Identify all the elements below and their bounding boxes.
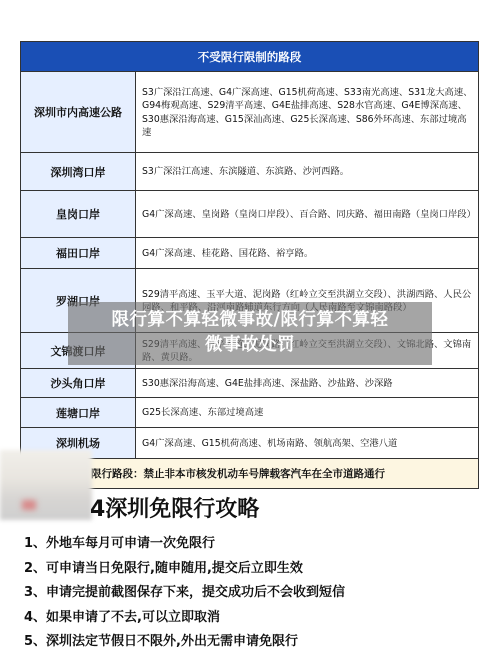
table-row: 深圳湾口岸 S3广深沿江高速、东滨隧道、东滨路、沙河西路。 (21, 153, 478, 191)
roads-cell: G4广深高速、G15机荷高速、机场南路、领航高架、空港八道 (136, 428, 478, 458)
watermark-line-1: 限行算不算轻微事故/限行算不算轻 (68, 308, 432, 333)
place-cell: 深圳湾口岸 (21, 153, 136, 190)
place-cell: 福田口岸 (21, 238, 136, 268)
list-item: 5、深圳法定节假日不限外,外出无需申请免限行 (24, 630, 345, 655)
roads-cell: S3广深沿江高速、G4广深高速、G15机荷高速、S33南光高速、S31龙大高速、… (136, 72, 478, 152)
list-item: 3、申请完提前截图保存下来，提交成功后不会收到短信 (24, 581, 345, 606)
blurred-redaction (0, 450, 92, 520)
guide-tips-list: 1、外地车每月可申请一次免限行 2、可申请当日免限行,随申随用,提交后立即生效 … (24, 532, 345, 655)
table-row: 莲塘口岸 G25长深高速、东部过境高速 (21, 398, 478, 428)
table-row: 深圳市内高速公路 S3广深沿江高速、G4广深高速、G15机荷高速、S33南光高速… (21, 72, 478, 153)
blurred-redaction-accent (22, 500, 36, 510)
roads-cell: G25长深高速、东部过境高速 (136, 398, 478, 427)
watermark-title-banner: 限行算不算轻微事故/限行算不算轻 微事故处罚 (68, 302, 432, 365)
roads-cell: S30惠深沿海高速、G4E盐排高速、深盐路、沙盐路、沙深路 (136, 369, 478, 397)
list-item: 2、可申请当日免限行,随申随用,提交后立即生效 (24, 557, 345, 582)
table-header: 不受限行限制的路段 (21, 42, 478, 72)
table-row: 福田口岸 G4广深高速、桂花路、国花路、裕亨路。 (21, 238, 478, 269)
roads-cell: S3广深沿江高速、东滨隧道、东滨路、沙河西路。 (136, 153, 478, 190)
roads-cell: G4广深高速、桂花路、国花路、裕亨路。 (136, 238, 478, 268)
watermark-line-2: 微事故处罚 (68, 333, 432, 358)
table-row: 沙头角口岸 S30惠深沿海高速、G4E盐排高速、深盐路、沙盐路、沙深路 (21, 369, 478, 398)
place-cell: 深圳市内高速公路 (21, 72, 136, 152)
guide-title: 4深圳免限行攻略 (90, 492, 259, 523)
place-cell: 沙头角口岸 (21, 369, 136, 397)
list-item: 4、如果申请了不去,可以立即取消 (24, 606, 345, 631)
place-cell: 莲塘口岸 (21, 398, 136, 427)
place-cell: 皇岗口岸 (21, 191, 136, 237)
roads-cell: G4广深高速、皇岗路（皇岗口岸段）、百合路、同庆路、福田南路（皇岗口岸段） (136, 191, 478, 237)
list-item: 1、外地车每月可申请一次免限行 (24, 532, 345, 557)
table-row: 皇岗口岸 G4广深高速、皇岗路（皇岗口岸段）、百合路、同庆路、福田南路（皇岗口岸… (21, 191, 478, 238)
exempt-roads-table: 不受限行限制的路段 深圳市内高速公路 S3广深沿江高速、G4广深高速、G15机荷… (20, 41, 479, 489)
